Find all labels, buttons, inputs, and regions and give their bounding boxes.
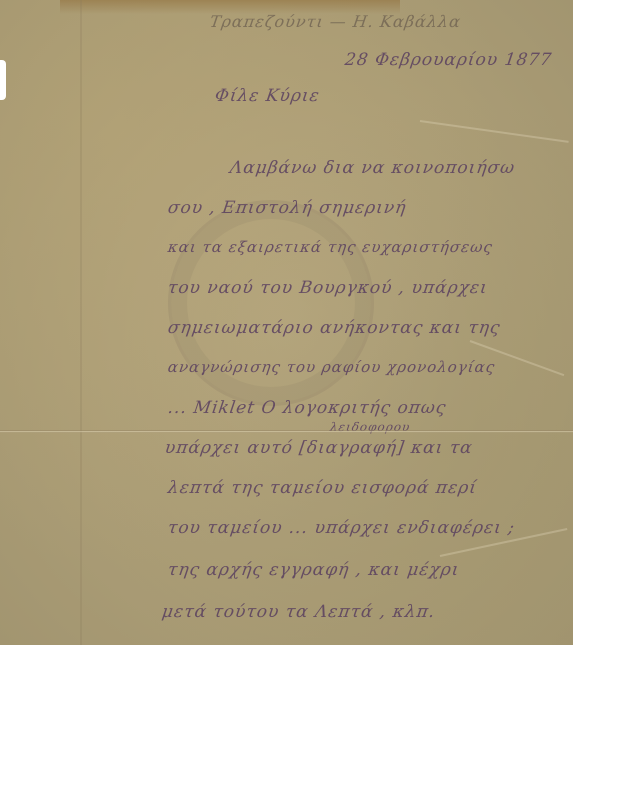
- body-line: σημειωματάριο ανήκοντας και της: [167, 318, 502, 338]
- body-line: του ναού του Βουργκού , υπάρχει: [167, 278, 490, 298]
- horizontal-fold-line: [0, 430, 573, 433]
- edge-tear: [0, 60, 6, 100]
- letter-salutation: Φίλε Κύριε: [214, 86, 322, 106]
- letter-place: Τραπεζούντι — Η. Καβάλλα: [209, 12, 463, 31]
- body-line: ... Miklet Ο λογοκριτής οπως: [167, 398, 448, 418]
- body-line: μετά τούτου τα Λεπτά , κλπ.: [161, 602, 437, 622]
- letter-paper: Τραπεζούντι — Η. Καβάλλα 28 Φεβρουαρίου …: [0, 0, 573, 645]
- body-line: υπάρχει αυτό [διαγραφή] και τα: [164, 438, 474, 458]
- vertical-fold-line: [80, 0, 82, 645]
- body-line: Λαμβάνω δια να κοινοποιήσω: [229, 158, 517, 178]
- body-line: λεπτά της ταμείου εισφορά περί: [167, 478, 479, 498]
- body-line: και τα εξαιρετικά της ευχαριστήσεως: [167, 238, 494, 256]
- body-line: του ταμείου ... υπάρχει ενδιαφέρει ;: [167, 518, 517, 538]
- body-line: αναγνώρισης του ραφίου χρονολογίας: [167, 358, 497, 376]
- letter-date: 28 Φεβρουαρίου 1877: [344, 50, 554, 70]
- body-line: της αρχής εγγραφή , και μέχρι: [167, 560, 461, 580]
- page: Τραπεζούντι — Η. Καβάλλα 28 Φεβρουαρίου …: [0, 0, 618, 800]
- body-line: σου , Επιστολή σημερινή: [167, 198, 408, 218]
- crease: [420, 120, 569, 143]
